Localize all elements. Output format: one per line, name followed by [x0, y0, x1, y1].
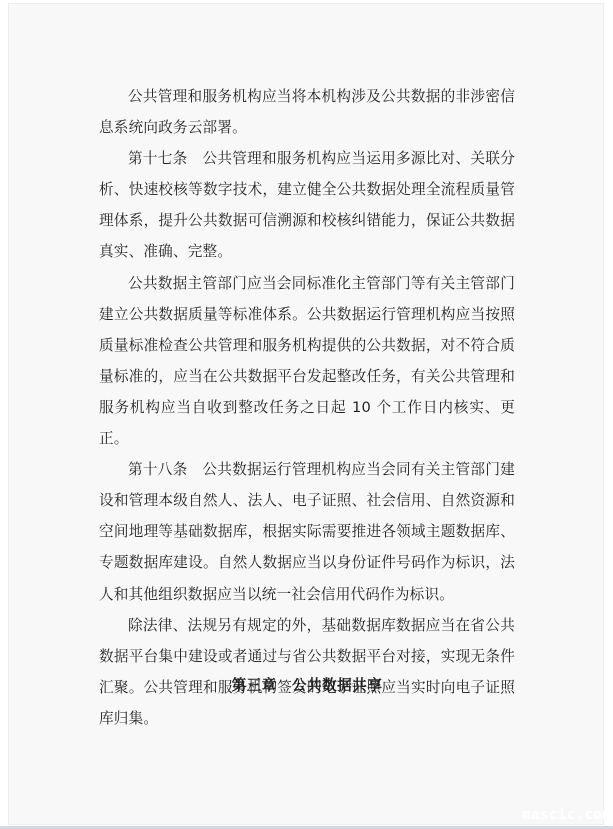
paragraph: 公共数据主管部门应当会同标准化主管部门等有关主管部门建立公共数据质量等标准体系。…: [99, 268, 515, 455]
document-page: 公共管理和服务机构应当将本机构涉及公共数据的非涉密信息系统向政务云部署。 第十七…: [8, 3, 604, 825]
document-body: 公共管理和服务机构应当将本机构涉及公共数据的非涉密信息系统向政务云部署。 第十七…: [99, 81, 515, 734]
article-17-paragraph: 第十七条 公共管理和服务机构应当运用多源比对、关联分析、快速校核等数字技术，建立…: [99, 143, 515, 267]
paragraph: 除法律、法规另有规定的外，基础数据库数据应当在省公共数据平台集中建设或者通过与省…: [99, 610, 515, 734]
watermark: mascic.com: [522, 807, 611, 823]
chapter-heading: 第三章 公共数据共享: [9, 674, 605, 695]
article-18-paragraph: 第十八条 公共数据运行管理机构应当会同有关主管部门建设和管理本级自然人、法人、电…: [99, 454, 515, 609]
paragraph: 公共管理和服务机构应当将本机构涉及公共数据的非涉密信息系统向政务云部署。: [99, 81, 515, 143]
